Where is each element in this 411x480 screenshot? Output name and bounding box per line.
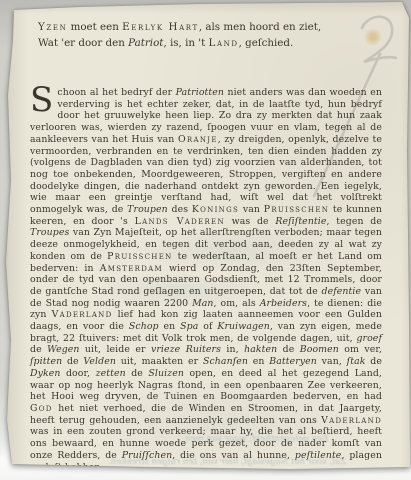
header-line-2: Wat 'er door den Patriot, is, in 't Land… — [38, 36, 382, 52]
header-line-1: Yzen moet een Eerlyk Hart, als men hoord… — [38, 20, 382, 36]
printed-text-block: Yzen moet een Eerlyk Hart, als men hoord… — [30, 14, 382, 473]
paper-sheet: Een gelegentheid, waar van men Zal, voor… — [0, 0, 411, 480]
header-couplet: Yzen moet een Eerlyk Hart, als men hoord… — [30, 14, 382, 51]
body-paragraph: Schoon al het bedryf der Patriotten niet… — [30, 87, 382, 473]
drop-cap: S — [30, 87, 57, 113]
paper-shadow: Een gelegentheid, waar van men Zal, voor… — [0, 0, 411, 480]
paragraph-text: choon al het bedryf der Patriotten niet … — [30, 87, 382, 473]
